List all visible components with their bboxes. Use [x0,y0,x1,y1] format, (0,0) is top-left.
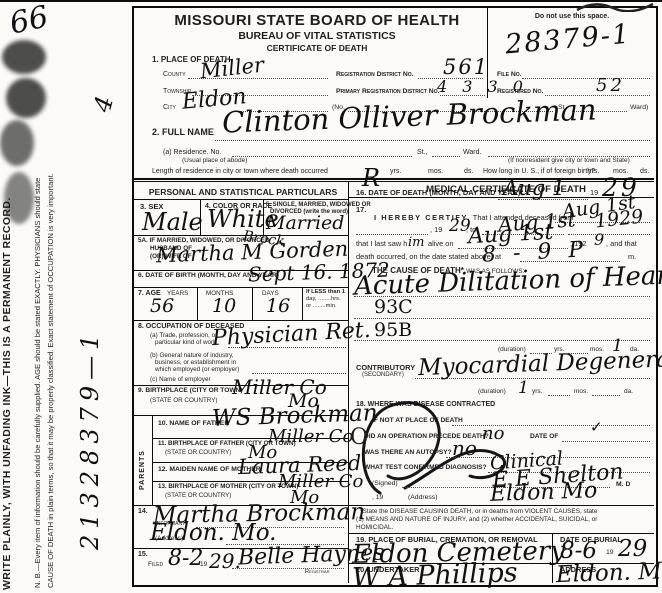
footnote-line-3: HOMICIDAL. [356,525,393,532]
last-saw-label-b: alive on [428,240,453,248]
ds-label: ds. [464,168,473,175]
physician-address: Eldon Mo [490,480,598,506]
test-confirmed-label: WHAT TEST CONFIRMED DIAGNOSIS? [364,465,487,472]
occupation-b3: which employed (or employer) [155,367,239,374]
residence-label: (a) Residence. No. [163,149,221,156]
years-value: 56 [150,297,174,316]
undertaker-address-value: Eldon. Mo [556,560,662,587]
informant-number: 14. [138,508,148,515]
operation-value: no [482,425,504,443]
sex-value: Male [142,210,203,234]
months-value: 10 [212,297,236,316]
mother-birthplace-state-label: (STATE OR COUNTRY) [165,493,231,500]
occupation-c: (c) Name of employer [150,377,211,384]
contrib-duration-value: 1 [518,380,529,397]
if-less-label-2: day, ........hrs. [306,296,341,302]
margin-note-line1: N. B.—Every item of information should b… [34,8,42,588]
father-birthplace-value: Miller Co [268,428,353,446]
burial-year-value: 29 [618,538,647,561]
date-of-burial-value: 8-6 [560,540,597,563]
date-of-death-label: 16. DATE OF DEATH (MONTH, DAY AND YEAR) [356,189,520,197]
margin-note-line2: CAUSE OF DEATH in plain terms, so that i… [47,8,55,588]
last-saw-him: im [408,236,425,249]
contrib-da: da. [624,389,633,396]
header-divider [134,178,654,180]
filed-label: Filed [148,562,163,569]
filed-year-printed: 19 [200,562,207,569]
yrs-label: yrs. [390,168,401,175]
line [134,287,348,288]
residence-ward-label: Ward. [463,149,481,156]
margin-handwritten-number: 21328379—1 [78,150,102,550]
length-residence-label: Length of residence in city or town wher… [152,168,328,175]
cell-divider [263,199,264,235]
left-column-title: PERSONAL AND STATISTICAL PARTICULARS [140,188,346,197]
edge-scrawl [575,0,655,12]
nonresident-note: (If nonresident give city or town and St… [508,158,630,165]
filed-date-value: 8-2 [168,548,203,570]
last-saw-label-a: that I last saw h [356,240,407,248]
form-title: MISSOURI STATE BOARD OF HEALTH [150,13,484,29]
certify-number: 17. [356,206,366,214]
father-birthplace-state-label: (STATE OR COUNTRY) [165,450,231,457]
checkmark: ✓ [590,420,603,435]
mos-label: mos. [428,168,443,175]
registered-no-value: 52 [596,77,625,95]
date-of-label: DATE OF [530,434,558,441]
marital-value: Married [266,214,344,233]
filed-number: 15. [138,551,148,558]
header-divider-2 [134,181,654,182]
margin-number-66: 66 [7,2,51,39]
abode-label: (Usual place of abode) [182,158,247,165]
secondary-label: (SECONDARY) [362,372,404,378]
margin-note-bold: WRITE PLAINLY, WITH UNFADING INK—THIS IS… [2,170,13,590]
occupation-a2: particular kind of work [155,340,216,347]
cell-divider [302,287,303,320]
form-subtitle: BUREAU OF VITAL STATISTICS [150,31,484,42]
how-long-us-label: How long in U. S., if of foreign birth? [483,168,595,175]
contrib-yrs: yrs. [532,389,542,396]
last-saw-and-that: , and that [606,240,637,248]
birthplace-label: 9. BIRTHPLACE (CITY OR TOWN) [138,388,243,395]
autopsy-value: no [452,438,477,458]
r-mark-handwritten: R [362,166,380,190]
signed-label: (Signed) [372,480,398,487]
full-name-label: 2. FULL NAME [152,128,214,137]
autopsy-label: WAS THERE AN AUTOPSY? [364,450,452,457]
line [134,235,348,236]
margin-number-4: 4 [90,94,117,115]
contributory-label: CONTRIBUTORY [356,364,415,372]
signed-address-label: (Address) [408,494,437,501]
city-ward-label: Ward) [630,104,648,111]
if-less-label-1: If LESS than 1 [306,289,345,295]
line [349,505,654,506]
md-label: M. D [616,481,630,488]
top-rule [0,0,662,2]
if-less-label-3: or ........min. [306,303,337,309]
burial-year-printed: 19 [606,549,614,556]
certify-19: , 19 [430,226,442,234]
yrs-label-2: yrs. [588,168,599,175]
footnote-line-2: (1) MEANS AND NATURE OF INJURY, and (2) … [356,517,597,524]
registration-district-label: Registration District No. [336,71,414,78]
last-saw-year-digit: 9 [594,232,604,248]
death-time-m-label: m. [628,253,636,261]
death-certificate-scan: 66 WRITE PLAINLY, WITH UNFADING INK—THIS… [0,0,662,593]
attended-to-year: 1929 [594,208,644,232]
cell-divider [252,287,253,320]
registrar-label: Registrar [305,570,330,576]
residence-st-label: St., [417,149,428,156]
marital-label-1: 5. SINGLE, MARRIED, WIDOWED OR [266,202,371,208]
parents-label: PARENTS [139,432,146,490]
date-of-death-value: Aug 1 [503,178,565,199]
form-subtitle-2: CERTIFICATE OF DEATH [150,44,484,53]
death-time-value: 8 - 9 P [481,239,588,267]
footnote-line-1: *State the DISEASE CAUSING DEATH, or in … [360,509,597,516]
informant-address-label: (Address) [155,536,183,543]
line [134,199,348,200]
registration-district-value: 561 [443,57,489,78]
ds-label-2: ds. [640,168,649,175]
days-value: 16 [266,297,290,316]
parents-divider [152,415,153,505]
signed-19-label: , 19 [372,494,383,501]
ink-stamp [0,120,34,166]
undertaker-value: W A Phillips [352,559,518,592]
death-occurred-label: death occurred, on the date stated above… [356,253,501,261]
cell-divider [197,287,198,320]
primary-registration-label: Primary Registration District No. [336,88,439,95]
birthplace-state-label: (STATE OR COUNTRY) [150,398,218,405]
contrib-mos: mos. [574,389,588,396]
contrib-duration-label: (duration) [478,389,506,396]
city-label: City [163,104,176,111]
cell-divider [200,199,201,235]
cause-code-1: 93C [374,298,413,317]
cause-code-2: 95B [374,321,412,340]
county-label: County [163,71,186,78]
